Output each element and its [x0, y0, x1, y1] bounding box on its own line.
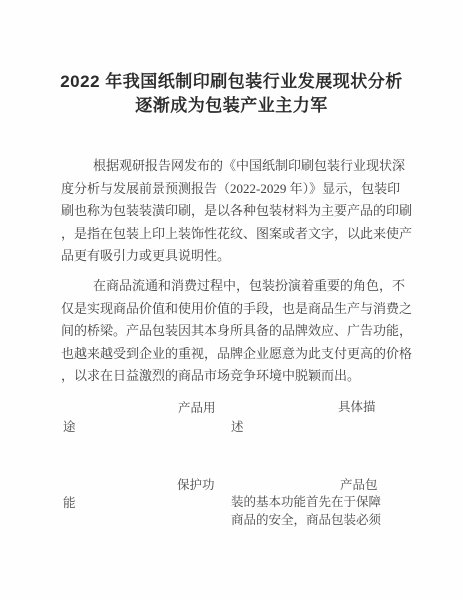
table-row-col2-fragment-1: 产品包	[340, 479, 378, 492]
table-row-col1-fragment-2: 能	[63, 497, 76, 510]
paragraph-2-line-2: 仅是实现商品价值和使用价值的手段，也是商品生产与消费之	[61, 298, 409, 321]
paragraph-1: 根据观研报告网发布的《中国纸制印刷包装行业现状深 度分析与发展前景预测报告（20…	[61, 155, 409, 268]
article-title-line-2: 逐渐成为包装产业主力军	[0, 94, 463, 118]
paragraph-1-line-4: ，是指在包装上印上装饰性花纹、图案或者文字，以此来使产	[61, 223, 409, 246]
paragraph-1-line-2: 度分析与发展前景预测报告（2022-2029 年）》显示，包装印	[61, 178, 409, 201]
paragraph-1-line-3: 刷也称为包装装潢印刷，是以各种包装材料为主要产品的印刷	[61, 200, 409, 223]
paragraph-2: 在商品流通和消费过程中，包装扮演着重要的角色，不 仅是实现商品价值和使用价值的手…	[61, 275, 409, 388]
article-title: 2022 年我国纸制印刷包装行业发展现状分析 逐渐成为包装产业主力军	[0, 70, 463, 118]
table-row-col2-description: 装的基本功能首先在于保障 商品的安全，商品包装必须	[231, 494, 389, 529]
paragraph-1-line-1: 根据观研报告网发布的《中国纸制印刷包装行业现状深	[61, 155, 409, 178]
table-header-col1-fragment-2: 途	[63, 421, 76, 434]
paragraph-1-line-5: 品更有吸引力或更具说明性。	[61, 245, 409, 268]
table-header-col2-fragment-1: 具体描	[338, 401, 376, 414]
table-row-col1-fragment-1: 保护功	[177, 479, 215, 492]
table-header-col2-fragment-2: 述	[231, 421, 244, 434]
paragraph-2-line-4: 也越来越受到企业的重视，品牌企业愿意为此支付更高的价格	[61, 343, 409, 366]
table-row-col2-description-line-2: 商品的安全，商品包装必须	[231, 512, 389, 530]
paragraph-2-line-1: 在商品流通和消费过程中，包装扮演着重要的角色，不	[61, 275, 409, 298]
paragraph-2-line-5: ，以求在日益激烈的商品市场竞争环境中脱颖而出。	[61, 365, 409, 388]
table-header-col1-fragment-1: 产品用	[178, 402, 216, 415]
paragraph-2-line-3: 间的桥梁。产品包装因其本身所具备的品牌效应、广告功能，	[61, 320, 409, 343]
table-row-col2-description-line-1: 装的基本功能首先在于保障	[231, 494, 389, 512]
article-title-line-1: 2022 年我国纸制印刷包装行业发展现状分析	[0, 70, 463, 94]
article-page: 2022 年我国纸制印刷包装行业发展现状分析 逐渐成为包装产业主力军 根据观研报…	[0, 0, 463, 600]
